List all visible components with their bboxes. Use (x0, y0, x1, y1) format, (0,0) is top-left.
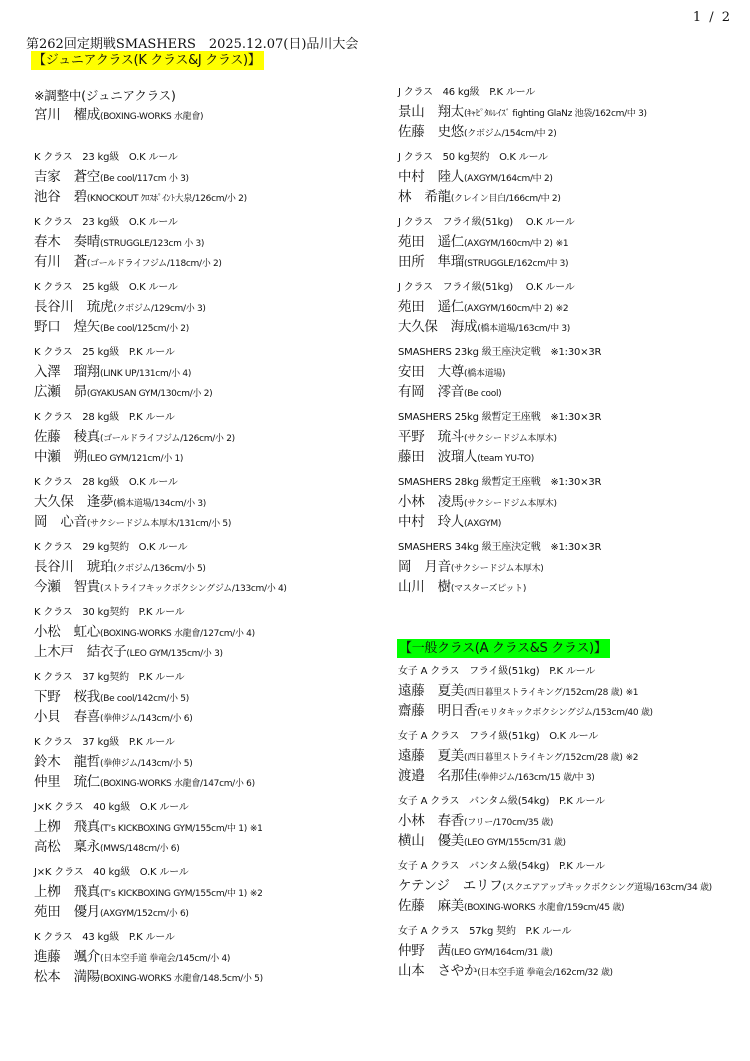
bout-card: SMASHERS 34kg 級王座決定戦 ※1:30×3R岡 月音(サクシードジ… (398, 541, 750, 597)
bout-card: K クラス 28 kg級 P.K ルール佐藤 稜真(ゴールドライフジム/126c… (34, 411, 394, 467)
bout-card: K クラス 37 kg契約 P.K ルール下野 桜我(Be cool/142cm… (34, 671, 394, 727)
fighter-name: 苑田 遥仁 (398, 234, 464, 250)
fighter-row: 進藤 颯介(日本空手道 拳竜会/145cm/小 4) (34, 947, 394, 967)
bout-card: J×K クラス 40 kg級 O.K ルール上栁 飛真(T’s KICKBOXI… (34, 866, 394, 922)
bout-card: 女子 A クラス 57kg 契約 P.K ルール仲野 茜(LEO GYM/164… (398, 925, 750, 981)
bout-card: ※調整中(ジュニアクラス)宮川 櫂成(BOXING-WORKS 水龍會) (34, 86, 394, 125)
fighter-row: 広瀬 昴(GYAKUSAN GYM/130cm/小 2) (34, 382, 394, 402)
bout-header: K クラス 43 kg級 P.K ルール (34, 931, 394, 947)
fighter-note: ※1 (556, 239, 569, 249)
fighter-gym-info: (BOXING-WORKS 水龍會/147cm/小 6) (100, 779, 255, 789)
fighter-name: 小林 凌馬 (398, 494, 464, 510)
fighter-name: 岡 心音 (34, 514, 87, 530)
bout-header: 女子 A クラス バンタム級(54kg) P.K ルール (398, 795, 750, 811)
bout-header: ※調整中(ジュニアクラス) (34, 86, 394, 105)
fighter-gym-info: (LEO GYM/155cm/31 歳) (464, 838, 566, 848)
fighter-row: 山川 樹(マスターズピット) (398, 577, 750, 597)
fighter-gym-info: (サクシードジム本厚木) (464, 499, 557, 509)
fighter-gym-info: (フリー/170cm/35 歳) (464, 818, 553, 828)
fighter-row: 春木 奏晴(STRUGGLE/123cm 小 3) (34, 232, 394, 252)
fighter-gym-info: (LINK UP/131cm/小 4) (100, 369, 191, 379)
fighter-gym-info: (橋本道場/134cm/小 3) (113, 499, 206, 509)
fighter-gym-info: (モリタキックボクシングジム/153cm/40 歳) (477, 708, 653, 718)
fighter-note: ※1 (626, 688, 639, 698)
fighter-row: 小貝 春喜(拳伸ジム/143cm/小 6) (34, 707, 394, 727)
bout-header: K クラス 23 kg級 O.K ルール (34, 151, 394, 167)
fighter-gym-info: (BOXING-WORKS 水龍會/159cm/45 歳) (464, 903, 624, 913)
fighter-gym-info: (クボジム/129cm/小 3) (113, 304, 205, 314)
fighter-name: 山川 樹 (398, 579, 451, 595)
fighter-row: 小林 春香(フリー/170cm/35 歳) (398, 811, 750, 831)
fighter-row: 岡 心音(サクシードジム本厚木/131cm/小 5) (34, 512, 394, 532)
fighter-gym-info: (拳伸ジム/143cm/小 5) (100, 759, 192, 769)
fighter-name: ケテンジ エリフ (398, 878, 502, 894)
fighter-name: 藤田 波瑠人 (398, 449, 477, 465)
bout-header: SMASHERS 28kg 級暫定王座戦 ※1:30×3R (398, 476, 750, 492)
fighter-name: 大久保 海成 (398, 319, 477, 335)
bout-card: K クラス 25 kg級 O.K ルール長谷川 琉虎(クボジム/129cm/小 … (34, 281, 394, 337)
fighter-row: 長谷川 琥珀(クボジム/136cm/小 5) (34, 557, 394, 577)
fighter-name: 池谷 碧 (34, 189, 87, 205)
fighter-gym-info: (AXGYM/152cm/小 6) (100, 909, 189, 919)
fighter-name: 林 希龍 (398, 189, 451, 205)
fighter-name: 小松 虹心 (34, 624, 100, 640)
fighter-gym-info: (ストライフキックボクシングジム/133cm/小 4) (100, 584, 287, 594)
bout-header: K クラス 25 kg級 O.K ルール (34, 281, 394, 297)
fighter-row: 田所 隼瑠(STRUGGLE/162cm/中 3) (398, 252, 750, 272)
fighter-note: ※2 (556, 304, 569, 314)
fighter-gym-info: (サクシードジム本厚木/131cm/小 5) (87, 519, 231, 529)
fighter-row: 入澤 瑠翔(LINK UP/131cm/小 4) (34, 362, 394, 382)
fighter-name: 平野 琉斗 (398, 429, 464, 445)
bout-header: 女子 A クラス フライ級(51kg) P.K ルール (398, 665, 750, 681)
bout-header: SMASHERS 25kg 級暫定王座戦 ※1:30×3R (398, 411, 750, 427)
fighter-row: 平野 琉斗(サクシードジム本厚木) (398, 427, 750, 447)
fighter-gym-info: (クボジム/136cm/小 5) (113, 564, 205, 574)
bout-header: 女子 A クラス バンタム級(54kg) P.K ルール (398, 860, 750, 876)
fighter-gym-info: (西日暮里ストライキング/152cm/28 歳) (464, 688, 623, 698)
fighter-row: 苑田 優月(AXGYM/152cm/小 6) (34, 902, 394, 922)
bout-header: K クラス 23 kg級 O.K ルール (34, 216, 394, 232)
fighter-gym-info: (Be cool) (464, 389, 501, 399)
bout-card: K クラス 23 kg級 O.K ルール春木 奏晴(STRUGGLE/123cm… (34, 216, 394, 272)
fighter-row: 遠藤 夏美(西日暮里ストライキング/152cm/28 歳)※1 (398, 681, 750, 701)
bout-card: K クラス 43 kg級 P.K ルール進藤 颯介(日本空手道 拳竜会/145c… (34, 931, 394, 987)
bout-card: SMASHERS 28kg 級暫定王座戦 ※1:30×3R小林 凌馬(サクシード… (398, 476, 750, 532)
fighter-row: 松本 満陽(BOXING-WORKS 水龍會/148.5cm/小 5) (34, 967, 394, 987)
fighter-name: 上栁 飛真 (34, 884, 100, 900)
fighter-name: 小貝 春喜 (34, 709, 100, 725)
fighter-row: 齋藤 明日香(モリタキックボクシングジム/153cm/40 歳) (398, 701, 750, 721)
fighter-row: 佐藤 史悠(クボジム/154cm/中 2) (398, 122, 750, 142)
bout-card: 女子 A クラス バンタム級(54kg) P.K ルール小林 春香(フリー/17… (398, 795, 750, 851)
bout-header: K クラス 29 kg契約 O.K ルール (34, 541, 394, 557)
fighter-row: ケテンジ エリフ(スクエアアップキックボクシング道場/163cm/34 歳) (398, 876, 750, 896)
fighter-row: 小松 虹心(BOXING-WORKS 水龍會/127cm/小 4) (34, 622, 394, 642)
fighter-gym-info: (BOXING-WORKS 水龍會/148.5cm/小 5) (100, 974, 263, 984)
bout-card: 女子 A クラス フライ級(51kg) O.K ルール遠藤 夏美(西日暮里ストラ… (398, 730, 750, 786)
fighter-row: 安田 大尊(橋本道場) (398, 362, 750, 382)
bout-header: J クラス 46 kg級 P.K ルール (398, 86, 750, 102)
bout-card: J クラス 46 kg級 P.K ルール景山 翔太(ｷｬﾋﾟﾀﾙﾚｲｽﾞ fig… (398, 86, 750, 142)
fighter-row: 高松 稟永(MWS/148cm/小 6) (34, 837, 394, 857)
fighter-row: 大久保 海成(橋本道場/163cm/中 3) (398, 317, 750, 337)
fighter-row: 鈴木 龍哲(拳伸ジム/143cm/小 5) (34, 752, 394, 772)
fighter-gym-info: (ｷｬﾋﾟﾀﾙﾚｲｽﾞ fighting GlaNz 池袋/162cm/中 3) (464, 109, 647, 119)
bout-header: SMASHERS 34kg 級王座決定戦 ※1:30×3R (398, 541, 750, 557)
fighter-row: 岡 月音(サクシードジム本厚木) (398, 557, 750, 577)
fighter-name: 岡 月音 (398, 559, 451, 575)
fighter-row: 仲里 琉仁(BOXING-WORKS 水龍會/147cm/小 6) (34, 772, 394, 792)
fighter-name: 有岡 澪音 (398, 384, 464, 400)
fighter-gym-info: (T’s KICKBOXING GYM/155cm/中 1) (100, 824, 247, 834)
fighter-row: 中村 玲人(AXGYM) (398, 512, 750, 532)
page-indicator: 1 / 2 (693, 10, 732, 25)
bout-header: J クラス フライ級(51kg) O.K ルール (398, 281, 750, 297)
fighter-gym-info: (クボジム/154cm/中 2) (464, 129, 556, 139)
fighter-gym-info: (LEO GYM/164cm/31 歳) (451, 948, 553, 958)
bout-header: K クラス 28 kg級 O.K ルール (34, 476, 394, 492)
fighter-name: 遠藤 夏美 (398, 683, 464, 699)
bout-card: K クラス 28 kg級 O.K ルール大久保 逢夢(橋本道場/134cm/小 … (34, 476, 394, 532)
fighter-name: 下野 桜我 (34, 689, 100, 705)
fighter-gym-info: (西日暮里ストライキング/152cm/28 歳) (464, 753, 623, 763)
fighter-gym-info: (T’s KICKBOXING GYM/155cm/中 1) (100, 889, 247, 899)
fighter-gym-info: (拳伸ジム/163cm/15 歳/中 3) (477, 773, 594, 783)
bout-card: SMASHERS 25kg 級暫定王座戦 ※1:30×3R平野 琉斗(サクシード… (398, 411, 750, 467)
fighter-gym-info: (LEO GYM/135cm/小 3) (126, 649, 222, 659)
fighter-note: ※2 (626, 753, 639, 763)
fighter-gym-info: (BOXING-WORKS 水龍會) (100, 112, 203, 122)
fighter-row: 吉家 蒼空(Be cool/117cm 小 3) (34, 167, 394, 187)
bout-card: J クラス フライ級(51kg) O.K ルール苑田 遥仁(AXGYM/160c… (398, 281, 750, 337)
fighter-name: 佐藤 史悠 (398, 124, 464, 140)
bout-header: 女子 A クラス 57kg 契約 P.K ルール (398, 925, 750, 941)
fighter-row: 池谷 碧(KNOCKOUT ｸﾛｽﾎﾟｲﾝﾄ大泉/126cm/小 2) (34, 187, 394, 207)
fighter-name: 仲里 琉仁 (34, 774, 100, 790)
fighter-gym-info: (ゴールドライフジム/118cm/小 2) (87, 259, 222, 269)
bout-card: 女子 A クラス フライ級(51kg) P.K ルール遠藤 夏美(西日暮里ストラ… (398, 665, 750, 721)
bout-header: K クラス 37 kg契約 P.K ルール (34, 671, 394, 687)
bout-header: J×K クラス 40 kg級 O.K ルール (34, 801, 394, 817)
fighter-name: 野口 煌矢 (34, 319, 100, 335)
fighter-row: 有川 蒼(ゴールドライフジム/118cm/小 2) (34, 252, 394, 272)
fighter-row: 上栁 飛真(T’s KICKBOXING GYM/155cm/中 1)※2 (34, 882, 394, 902)
fighter-name: 佐藤 稜真 (34, 429, 100, 445)
fighter-row: 佐藤 麻美(BOXING-WORKS 水龍會/159cm/45 歳) (398, 896, 750, 916)
fighter-name: 山本 さやか (398, 963, 477, 979)
fighter-name: 今瀬 智貴 (34, 579, 100, 595)
fighter-gym-info: (サクシードジム本厚木) (464, 434, 557, 444)
fighter-name: 有川 蒼 (34, 254, 87, 270)
fighter-name: 中村 陸人 (398, 169, 464, 185)
bout-header: J クラス フライ級(51kg) O.K ルール (398, 216, 750, 232)
fighter-row: 横山 優美(LEO GYM/155cm/31 歳) (398, 831, 750, 851)
fighter-name: 進藤 颯介 (34, 949, 100, 965)
fighter-gym-info: (BOXING-WORKS 水龍會/127cm/小 4) (100, 629, 255, 639)
bout-card: J×K クラス 40 kg級 O.K ルール上栁 飛真(T’s KICKBOXI… (34, 801, 394, 857)
fighter-name: 長谷川 琉虎 (34, 299, 113, 315)
fighter-gym-info: (AXGYM/160cm/中 2) (464, 304, 553, 314)
bout-card: K クラス 30 kg契約 P.K ルール小松 虹心(BOXING-WORKS … (34, 606, 394, 662)
bout-card: J クラス 50 kg契約 O.K ルール中村 陸人(AXGYM/164cm/中… (398, 151, 750, 207)
fighter-row: 渡邉 名那佳(拳伸ジム/163cm/15 歳/中 3) (398, 766, 750, 786)
fighter-gym-info: (拳伸ジム/143cm/小 6) (100, 714, 192, 724)
fighter-name: 上栁 飛真 (34, 819, 100, 835)
fighter-name: 中村 玲人 (398, 514, 464, 530)
bout-card: K クラス 29 kg契約 O.K ルール長谷川 琥珀(クボジム/136cm/小… (34, 541, 394, 597)
fighter-row: 藤田 波瑠人(team YU-TO) (398, 447, 750, 467)
bout-card: K クラス 23 kg級 O.K ルール吉家 蒼空(Be cool/117cm … (34, 151, 394, 207)
fighter-name: 高松 稟永 (34, 839, 100, 855)
fighter-gym-info: (team YU-TO) (477, 454, 534, 464)
bout-header: K クラス 30 kg契約 P.K ルール (34, 606, 394, 622)
fighter-gym-info: (Be cool/125cm/小 2) (100, 324, 189, 334)
fighter-name: 中瀬 朔 (34, 449, 87, 465)
bout-card: K クラス 25 kg級 P.K ルール入澤 瑠翔(LINK UP/131cm/… (34, 346, 394, 402)
fighter-name: 安田 大尊 (398, 364, 464, 380)
fighter-row: 小林 凌馬(サクシードジム本厚木) (398, 492, 750, 512)
fighter-row: 大久保 逢夢(橋本道場/134cm/小 3) (34, 492, 394, 512)
fighter-name: 佐藤 麻美 (398, 898, 464, 914)
bout-header: J×K クラス 40 kg級 O.K ルール (34, 866, 394, 882)
fighter-row: 林 希龍(クレイン目白/166cm/中 2) (398, 187, 750, 207)
fighter-gym-info: (LEO GYM/121cm/小 1) (87, 454, 183, 464)
fighter-gym-info: (AXGYM) (464, 519, 501, 529)
bout-card: SMASHERS 23kg 級王座決定戦 ※1:30×3R安田 大尊(橋本道場)… (398, 346, 750, 402)
fighter-gym-info: (橋本道場) (464, 369, 505, 379)
fighter-row: 今瀬 智貴(ストライフキックボクシングジム/133cm/小 4) (34, 577, 394, 597)
fighter-row: 野口 煌矢(Be cool/125cm/小 2) (34, 317, 394, 337)
bout-header: J クラス 50 kg契約 O.K ルール (398, 151, 750, 167)
fighter-name: 長谷川 琥珀 (34, 559, 113, 575)
document-title: 第262回定期戦SMASHERS 2025.12.07(日)品川大会 (26, 33, 358, 52)
fighter-name: 横山 優美 (398, 833, 464, 849)
fighter-gym-info: (Be cool/142cm/小 5) (100, 694, 189, 704)
fighter-row: 中瀬 朔(LEO GYM/121cm/小 1) (34, 447, 394, 467)
fighter-note: ※1 (250, 824, 263, 834)
section-heading-general: 【一般クラス(A クラス&S クラス)】 (397, 639, 610, 658)
fighter-name: 小林 春香 (398, 813, 464, 829)
fighter-gym-info: (日本空手道 拳竜会/145cm/小 4) (100, 954, 230, 964)
fighter-row: 下野 桜我(Be cool/142cm/小 5) (34, 687, 394, 707)
fighter-gym-info: (STRUGGLE/123cm 小 3) (100, 239, 204, 249)
fighter-name: 景山 翔太 (398, 104, 464, 120)
fighter-row: 苑田 遥仁(AXGYM/160cm/中 2)※1 (398, 232, 750, 252)
fighter-name: 渡邉 名那佳 (398, 768, 477, 784)
fighter-name: 苑田 優月 (34, 904, 100, 920)
fighter-gym-info: (クレイン目白/166cm/中 2) (451, 194, 561, 204)
fighter-name: 宮川 櫂成 (34, 107, 100, 123)
bout-header: K クラス 25 kg級 P.K ルール (34, 346, 394, 362)
bout-card: K クラス 37 kg級 P.K ルール鈴木 龍哲(拳伸ジム/143cm/小 5… (34, 736, 394, 792)
fighter-name: 春木 奏晴 (34, 234, 100, 250)
fighter-row: 上栁 飛真(T’s KICKBOXING GYM/155cm/中 1)※1 (34, 817, 394, 837)
fighter-name: 仲野 茜 (398, 943, 451, 959)
fighter-gym-info: (KNOCKOUT ｸﾛｽﾎﾟｲﾝﾄ大泉/126cm/小 2) (87, 194, 247, 204)
bout-header: 女子 A クラス フライ級(51kg) O.K ルール (398, 730, 750, 746)
fighter-row: 中村 陸人(AXGYM/164cm/中 2) (398, 167, 750, 187)
fighter-gym-info: (Be cool/117cm 小 3) (100, 174, 189, 184)
bout-header: K クラス 28 kg級 P.K ルール (34, 411, 394, 427)
fighter-row: 宮川 櫂成(BOXING-WORKS 水龍會) (34, 105, 394, 125)
fighter-note: ※2 (250, 889, 263, 899)
section-heading-junior: 【ジュニアクラス(K クラス&J クラス)】 (31, 51, 264, 70)
bout-card: J クラス フライ級(51kg) O.K ルール苑田 遥仁(AXGYM/160c… (398, 216, 750, 272)
fighter-row: 遠藤 夏美(西日暮里ストライキング/152cm/28 歳)※2 (398, 746, 750, 766)
fighter-row: 佐藤 稜真(ゴールドライフジム/126cm/小 2) (34, 427, 394, 447)
fighter-gym-info: (AXGYM/164cm/中 2) (464, 174, 553, 184)
fighter-name: 苑田 遥仁 (398, 299, 464, 315)
fighter-name: 齋藤 明日香 (398, 703, 477, 719)
fighter-gym-info: (サクシードジム本厚木) (451, 564, 544, 574)
fighter-name: 遠藤 夏美 (398, 748, 464, 764)
fighter-gym-info: (日本空手道 拳竜会/162cm/32 歳) (477, 968, 613, 978)
fighter-row: 上木戸 結衣子(LEO GYM/135cm/小 3) (34, 642, 394, 662)
fighter-name: 広瀬 昴 (34, 384, 87, 400)
fighter-gym-info: (AXGYM/160cm/中 2) (464, 239, 553, 249)
fighter-name: 入澤 瑠翔 (34, 364, 100, 380)
bout-header: K クラス 37 kg級 P.K ルール (34, 736, 394, 752)
fighter-name: 上木戸 結衣子 (34, 644, 126, 660)
fighter-row: 山本 さやか(日本空手道 拳竜会/162cm/32 歳) (398, 961, 750, 981)
fighter-name: 吉家 蒼空 (34, 169, 100, 185)
fighter-gym-info: (STRUGGLE/162cm/中 3) (464, 259, 568, 269)
fighter-gym-info: (MWS/148cm/小 6) (100, 844, 179, 854)
fighter-row: 仲野 茜(LEO GYM/164cm/31 歳) (398, 941, 750, 961)
fighter-gym-info: (GYAKUSAN GYM/130cm/小 2) (87, 389, 213, 399)
fighter-gym-info: (ゴールドライフジム/126cm/小 2) (100, 434, 235, 444)
fighter-name: 松本 満陽 (34, 969, 100, 985)
fighter-gym-info: (スクエアアップキックボクシング道場/163cm/34 歳) (502, 883, 712, 893)
fighter-name: 大久保 逢夢 (34, 494, 113, 510)
fighter-row: 景山 翔太(ｷｬﾋﾟﾀﾙﾚｲｽﾞ fighting GlaNz 池袋/162cm… (398, 102, 750, 122)
fighter-row: 苑田 遥仁(AXGYM/160cm/中 2)※2 (398, 297, 750, 317)
bout-header: SMASHERS 23kg 級王座決定戦 ※1:30×3R (398, 346, 750, 362)
bout-card: 女子 A クラス バンタム級(54kg) P.K ルールケテンジ エリフ(スクエ… (398, 860, 750, 916)
fighter-name: 鈴木 龍哲 (34, 754, 100, 770)
fighter-gym-info: (橋本道場/163cm/中 3) (477, 324, 570, 334)
fighter-row: 有岡 澪音(Be cool) (398, 382, 750, 402)
fighter-name: 田所 隼瑠 (398, 254, 464, 270)
fighter-row: 長谷川 琉虎(クボジム/129cm/小 3) (34, 297, 394, 317)
fighter-gym-info: (マスターズピット) (451, 584, 526, 594)
